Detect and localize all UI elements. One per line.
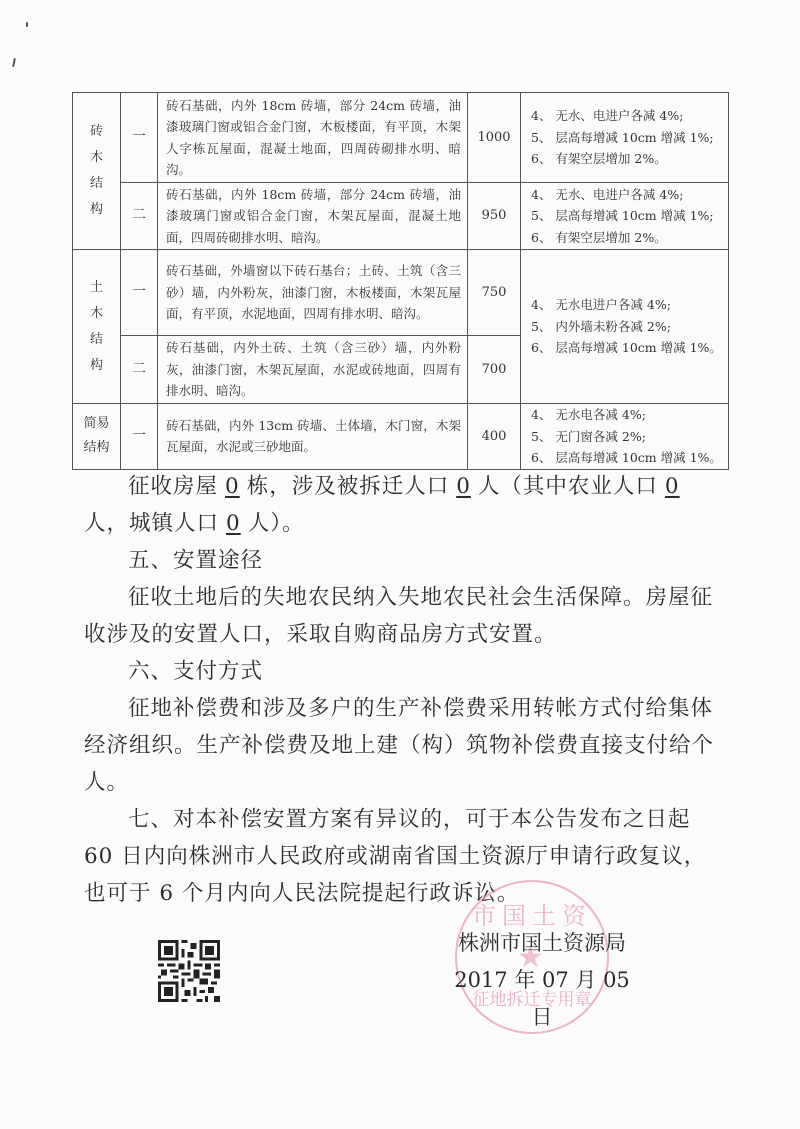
- price-cell: 750: [468, 250, 521, 336]
- note-line: 4、 无水电各减 4%;: [531, 404, 722, 426]
- category-char: 砖: [90, 119, 103, 145]
- note-line: 5、 内外墙未粉各减 2%;: [531, 316, 722, 338]
- stats-text: 人，城镇人口: [84, 511, 219, 536]
- issue-date: 2017 年 07 月 05 日: [442, 962, 642, 1036]
- table-row: 土 木 结 构 一 砖石基础，外墙窗以下砖石基台；土砖、土筑（含三砂）墙，内外粉…: [73, 250, 729, 336]
- category-char: 结: [90, 327, 103, 353]
- table-row: 二 砖石基础，内外 18cm 砖墙，部分 24cm 砖墙，油漆玻璃门窗或铝合金门…: [73, 183, 729, 250]
- category-char: 木: [90, 301, 103, 327]
- notes-cell: 4、 无水、电进户各减 4%; 5、 层高每增减 10cm 增减 1%; 6、 …: [521, 183, 729, 250]
- housing-stats-paragraph: 征收房屋0栋，涉及被拆迁人口0人（其中农业人口0人，城镇人口0人）。: [84, 468, 724, 542]
- price-cell: 400: [468, 404, 521, 470]
- category-line: 简易: [83, 412, 109, 436]
- grade-cell: 一: [121, 250, 158, 336]
- category-char: 构: [90, 353, 103, 379]
- description-cell: 砖石基础，外墙窗以下砖石基台；土砖、土筑（含三砂）墙，内外粉灰，油漆门窗，木板楼…: [158, 250, 468, 336]
- price-cell: 700: [468, 336, 521, 404]
- category-cell: 砖 木 结 构: [73, 93, 121, 250]
- scan-mark: [26, 22, 28, 27]
- issuing-organization: 株洲市国土资源局: [442, 925, 642, 962]
- notes-cell: 4、 无水电各减 4%; 5、 无门窗各减 2%; 6、 层高每增减 10cm …: [521, 404, 729, 470]
- description-cell: 砖石基础，内外 18cm 砖墙，部分 24cm 砖墙，油漆玻璃门窗或铝合金门窗，…: [158, 183, 468, 250]
- relocated-count: 0: [449, 474, 478, 499]
- category-line: 结构: [83, 436, 109, 460]
- section-body-payment: 征地补偿费和涉及多户的生产补偿费采用转帐方式付给集体经济组织。生产补偿费及地上建…: [84, 690, 724, 801]
- category-char: 构: [90, 197, 103, 223]
- description-cell: 砖石基础，内外 18cm 砖墙，部分 24cm 砖墙，油漆玻璃门窗或铝合金门窗，…: [158, 93, 468, 183]
- agricultural-count: 0: [658, 474, 687, 499]
- note-line: 6、 层高每增减 10cm 增减 1%。: [531, 337, 722, 359]
- qr-code-icon: [158, 940, 220, 1002]
- notes-cell: 4、 无水电进户各减 4%; 5、 内外墙未粉各减 2%; 6、 层高每增减 1…: [521, 250, 729, 404]
- section-heading-resettlement: 五、安置途径: [84, 542, 724, 579]
- stats-text: 栋，涉及被拆迁人口: [247, 474, 450, 499]
- stats-text: 征收房屋: [128, 474, 218, 499]
- note-line: 5、 层高每增减 10cm 增减 1%;: [531, 127, 722, 149]
- note-line: 6、 层高每增减 10cm 增减 1%。: [531, 447, 722, 469]
- note-line: 4、 无水、电进户各减 4%;: [531, 184, 722, 206]
- table-row: 砖 木 结 构 一 砖石基础，内外 18cm 砖墙，部分 24cm 砖墙，油漆玻…: [73, 93, 729, 183]
- price-cell: 1000: [468, 93, 521, 183]
- section-body-resettlement: 征收土地后的失地农民纳入失地农民社会生活保障。房屋征收涉及的安置人口，采取自购商…: [84, 579, 724, 653]
- note-line: 6、 有架空层增加 2%。: [531, 148, 722, 170]
- category-char: 结: [90, 171, 103, 197]
- grade-cell: 一: [121, 404, 158, 470]
- note-line: 5、 层高每增减 10cm 增减 1%;: [531, 205, 722, 227]
- grade-cell: 一: [121, 93, 158, 183]
- category-cell: 土 木 结 构: [73, 250, 121, 404]
- note-line: 5、 无门窗各减 2%;: [531, 426, 722, 448]
- table-row: 简易 结构 一 砖石基础，内外 13cm 砖墙、土体墙，木门窗，木架瓦屋面，水泥…: [73, 404, 729, 470]
- stats-text: 人（其中农业人口: [478, 474, 658, 499]
- category-cell: 简易 结构: [73, 404, 121, 470]
- category-char: 木: [90, 145, 103, 171]
- notes-cell: 4、 无水、电进户各减 4%; 5、 层高每增减 10cm 增减 1%; 6、 …: [521, 93, 729, 183]
- note-line: 6、 有架空层增加 2%。: [531, 227, 722, 249]
- note-line: 4、 无水电进户各减 4%;: [531, 294, 722, 316]
- document-body: 征收房屋0栋，涉及被拆迁人口0人（其中农业人口0人，城镇人口0人）。 五、安置途…: [84, 468, 724, 912]
- section-body-appeal: 七、对本补偿安置方案有异议的，可于本公告发布之日起 60 日内向株洲市人民政府或…: [84, 801, 724, 912]
- stats-text: 人）。: [248, 511, 305, 536]
- description-cell: 砖石基础，内外土砖、土筑（含三砂）墙，内外粉灰，油漆门窗，木架瓦屋面，水泥或砖地…: [158, 336, 468, 404]
- price-cell: 950: [468, 183, 521, 250]
- category-char: 土: [90, 275, 103, 301]
- note-line: 4、 无水、电进户各减 4%;: [531, 105, 722, 127]
- section-heading-payment: 六、支付方式: [84, 653, 724, 690]
- scan-mark: [12, 58, 16, 67]
- description-cell: 砖石基础，内外 13cm 砖墙、土体墙，木门窗，木架瓦屋面，水泥或三砂地面。: [158, 404, 468, 470]
- urban-count: 0: [219, 511, 248, 536]
- houses-count: 0: [218, 474, 247, 499]
- grade-cell: 二: [121, 336, 158, 404]
- signature-block: 株洲市国土资源局 2017 年 07 月 05 日: [442, 925, 642, 1036]
- compensation-standard-table: 砖 木 结 构 一 砖石基础，内外 18cm 砖墙，部分 24cm 砖墙，油漆玻…: [72, 92, 729, 470]
- grade-cell: 二: [121, 183, 158, 250]
